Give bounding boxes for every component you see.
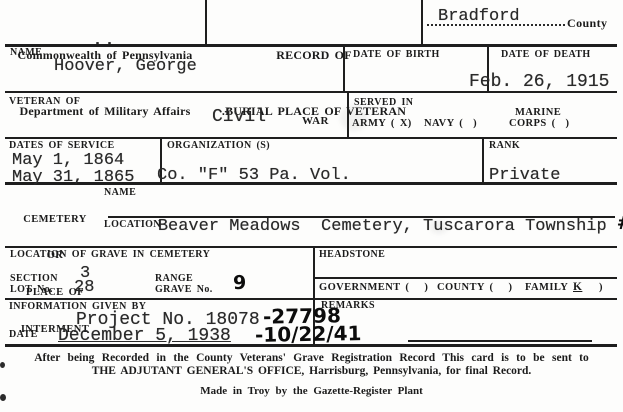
org-rank-divider — [482, 139, 484, 182]
rank-value: Private — [489, 167, 560, 184]
footer-instruction-line1: After being Recorded in the County Veter… — [0, 353, 623, 365]
scan-speck-2 — [0, 394, 6, 401]
scan-speck-1 — [0, 362, 5, 368]
remarks-underline — [408, 340, 592, 342]
grave-no-label: GRAVE No. — [155, 285, 213, 295]
form-title: RECORD OF .BURIAL PLACE OF VETERAN — [207, 9, 421, 158]
dod-label: DATE OF DEATH — [501, 50, 591, 60]
name-label: NAME — [10, 48, 42, 58]
headstone-family: FAMILY — [525, 283, 568, 294]
served-in-marine-line2: CORPS ( ) — [509, 119, 569, 130]
remarks-label: REMARKS — [321, 301, 375, 311]
headstone-family-close: ) — [599, 283, 603, 294]
rank-label: RANK — [489, 141, 520, 151]
lot-value: 28 — [74, 279, 94, 296]
veteran-of-value: Civil — [212, 108, 266, 126]
headstone-government: GOVERNMENT ( ) — [319, 283, 428, 294]
cemetery-location-label: LOCATION — [104, 220, 161, 230]
scan-smudge-2 — [430, 220, 448, 234]
cemetery-name-label: NAME — [104, 188, 136, 198]
served-in-label: SERVED IN — [354, 98, 413, 108]
scan-smudge-1 — [340, 105, 368, 131]
cemetery-label-line1: CEMETERY — [8, 214, 102, 226]
scan-speck-3 — [96, 42, 99, 44]
printer-credit: Made in Troy by the Gazette-Register Pla… — [0, 386, 623, 397]
war-label: WAR — [302, 116, 329, 127]
grave-headstone-divider — [313, 248, 315, 298]
range-label: RANGE — [155, 274, 193, 284]
headstone-family-value: K — [573, 282, 582, 294]
scan-speck-4 — [108, 42, 111, 44]
cemetery-name-hand: #66 — [617, 213, 623, 234]
cemetery-name-typed: Beaver Meadows Cemetery, Tuscarora Towns… — [158, 217, 617, 236]
organization-label: ORGANIZATION (S) — [167, 141, 270, 151]
dates-of-service-from: May 1, 1864 — [12, 152, 124, 169]
name-value: Hoover, George — [54, 58, 197, 75]
county-value: Bradford — [438, 8, 520, 25]
county-label: County — [567, 17, 607, 29]
grave-location-label: LOCATION OF GRAVE IN CEMETERY — [10, 250, 210, 260]
served-in-navy: NAVY ( ) — [424, 119, 477, 130]
dates-of-service-to: May 31, 1865 — [12, 169, 134, 186]
date-value-hand: -10/22/41 — [255, 323, 362, 345]
date-label: DATE — [9, 330, 38, 340]
dob-label: DATE OF BIRTH — [353, 50, 440, 60]
date-value-typed: December 5, 1938 — [58, 327, 231, 345]
agency-name: Commonwealth of Pennsylvania Department … — [6, 9, 204, 158]
lot-label: LOT No. — [10, 285, 53, 295]
headstone-midline — [313, 277, 617, 279]
section-label: SECTION — [10, 274, 58, 284]
grave-no-value: 9 — [233, 274, 247, 293]
veteran-burial-record-card: Commonwealth of Pennsylvania Department … — [0, 0, 623, 412]
headstone-label: HEADSTONE — [319, 250, 385, 260]
served-in-marine-line1: MARINE — [515, 108, 561, 119]
dod-value: Feb. 26, 1915 — [469, 73, 609, 91]
header-divider-right — [421, 0, 423, 45]
veteran-of-label: VETERAN OF — [9, 97, 80, 107]
dates-of-service-label: DATES OF SERVICE — [9, 141, 115, 151]
footer-instruction-line2: THE ADJUTANT GENERAL'S OFFICE, Harrisbur… — [0, 366, 623, 378]
cemetery-name-value: Beaver Meadows Cemetery, Tuscarora Towns… — [117, 199, 623, 252]
county-dotted-line — [427, 24, 565, 26]
headstone-county: COUNTY ( ) — [437, 283, 512, 294]
organization-value: Co. "F" 53 Pa. Vol. — [157, 167, 351, 184]
